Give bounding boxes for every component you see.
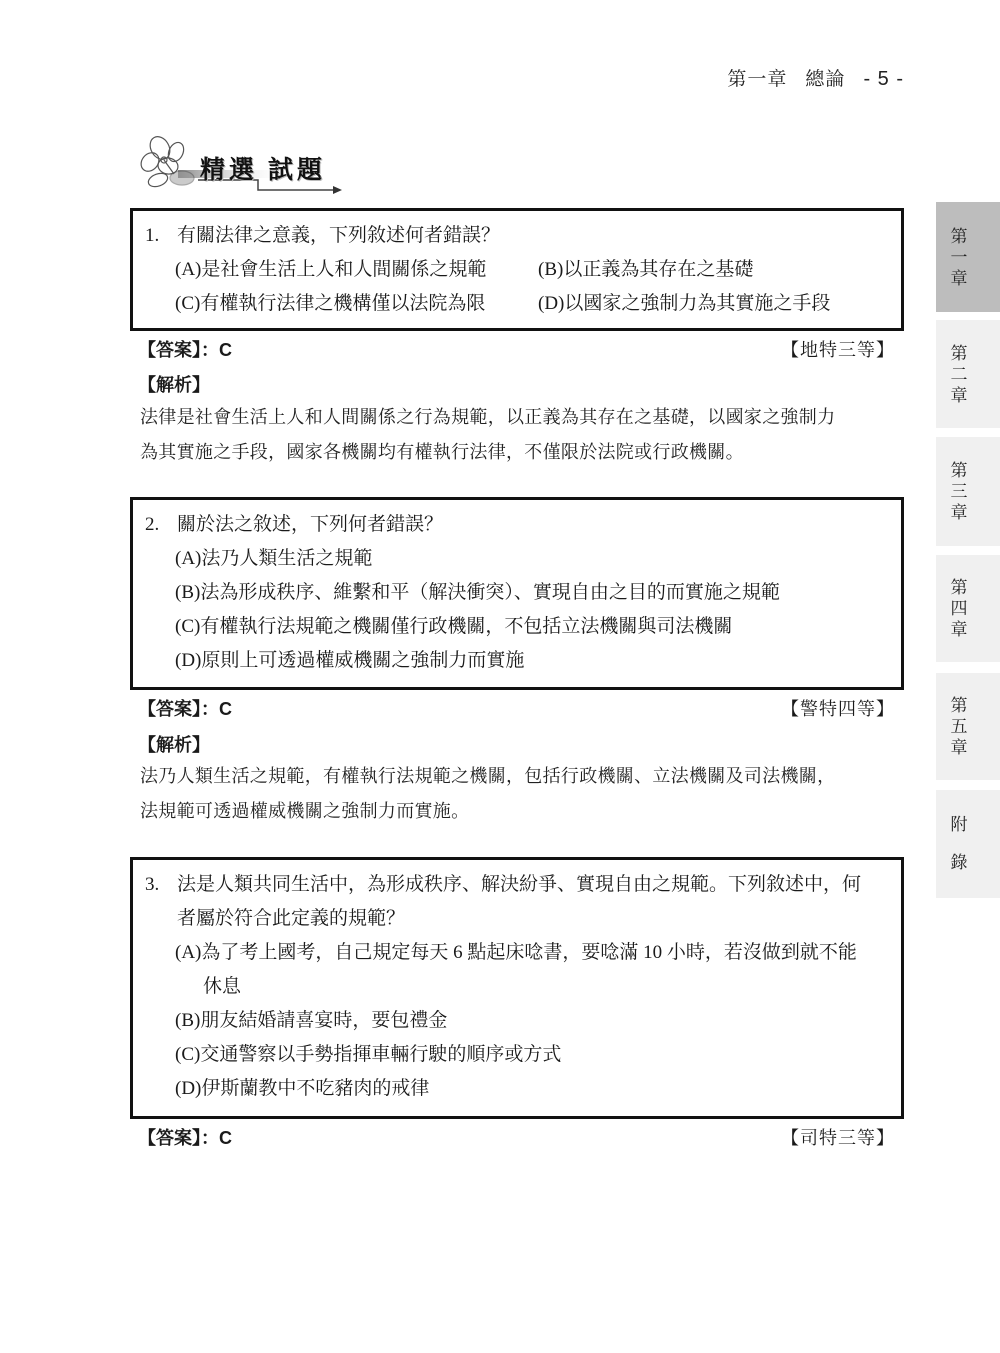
option-c: (C)有權執行法律之機構僅以法院為限 [175, 287, 538, 321]
exam-source-tag: 【地特三等】 [781, 336, 895, 362]
side-tab-appendix[interactable]: 附 錄 [936, 790, 1000, 898]
side-tab-chapter-1[interactable]: 第 一 章 [936, 202, 1000, 312]
analysis-text-2: 法乃人類生活之規範，有權執行法規範之機關，包括行政機關、立法機關及司法機關， 法… [140, 759, 910, 829]
option-d: (D)原則上可透過權威機關之強制力而實施 [133, 644, 901, 678]
answer-label: 【答案】：C [138, 695, 232, 721]
exam-source-tag: 【警特四等】 [781, 695, 895, 721]
option-b: (B)朋友結婚請喜宴時，要包禮金 [133, 1004, 901, 1038]
running-header: 第一章總論- 5 - [727, 64, 904, 91]
answer-row-1: 【答案】：C 【地特三等】 [138, 336, 895, 362]
option-a: (A)法乃人類生活之規範 [133, 542, 901, 576]
answer-row-2: 【答案】：C 【警特四等】 [138, 695, 895, 721]
question-box-2: 2.關於法之敘述，下列何者錯誤？ (A)法乃人類生活之規範 (B)法為形成秩序、… [130, 497, 904, 690]
question-stem: 1.有關法律之意義，下列敘述何者錯誤？ [133, 219, 901, 253]
question-box-3: 3.法是人類共同生活中，為形成秩序、解決紛爭、實現自由之規範。下列敘述中，何 者… [130, 857, 904, 1119]
page-number: - 5 - [863, 68, 904, 90]
question-stem-continued: 者屬於符合此定義的規範？ [133, 902, 901, 936]
option-d: (D)伊斯蘭教中不吃豬肉的戒律 [133, 1072, 901, 1106]
option-c: (C)交通警察以手勢指揮車輛行駛的順序或方式 [133, 1038, 901, 1072]
option-c: (C)有權執行法規範之機關僅行政機關，不包括立法機關與司法機關 [133, 610, 901, 644]
analysis-label: 【解析】 [138, 371, 210, 397]
option-a: (A)為了考上國考，自己規定每天 6 點起床唸書，要唸滿 10 小時，若沒做到就… [133, 936, 901, 970]
option-a-continued: 休息 [133, 970, 901, 1004]
section-label: 總論 [805, 69, 845, 90]
option-b: (B)法為形成秩序、維繫和平（解決衝突）、實現自由之目的而實施之規範 [133, 576, 901, 610]
analysis-text-1: 法律是社會生活上人和人間關係之行為規範，以正義為其存在之基礎，以國家之強制力 為… [140, 400, 910, 470]
answer-label: 【答案】：C [138, 1124, 232, 1150]
answer-row-3: 【答案】：C 【司特三等】 [138, 1124, 895, 1150]
chapter-label: 第一章 [727, 69, 787, 90]
section-banner: 精選試題 [138, 132, 353, 198]
option-b: (B)以正義為其存在之基礎 [538, 253, 901, 287]
section-title: 精選試題 [200, 150, 326, 186]
side-tab-chapter-3[interactable]: 第 三 章 [936, 437, 1000, 546]
option-d: (D)以國家之強制力為其實施之手段 [538, 287, 901, 321]
question-box-1: 1.有關法律之意義，下列敘述何者錯誤？ (A)是社會生活上人和人間關係之規範 (… [130, 208, 904, 331]
analysis-label: 【解析】 [138, 731, 210, 757]
question-stem: 3.法是人類共同生活中，為形成秩序、解決紛爭、實現自由之規範。下列敘述中，何 [133, 868, 901, 902]
side-tab-chapter-4[interactable]: 第 四 章 [936, 555, 1000, 662]
option-a: (A)是社會生活上人和人間關係之規範 [175, 253, 538, 287]
question-stem: 2.關於法之敘述，下列何者錯誤？ [133, 508, 901, 542]
side-tab-chapter-5[interactable]: 第 五 章 [936, 673, 1000, 780]
side-tab-chapter-2[interactable]: 第 二 章 [936, 320, 1000, 428]
answer-label: 【答案】：C [138, 336, 232, 362]
exam-source-tag: 【司特三等】 [781, 1124, 895, 1150]
